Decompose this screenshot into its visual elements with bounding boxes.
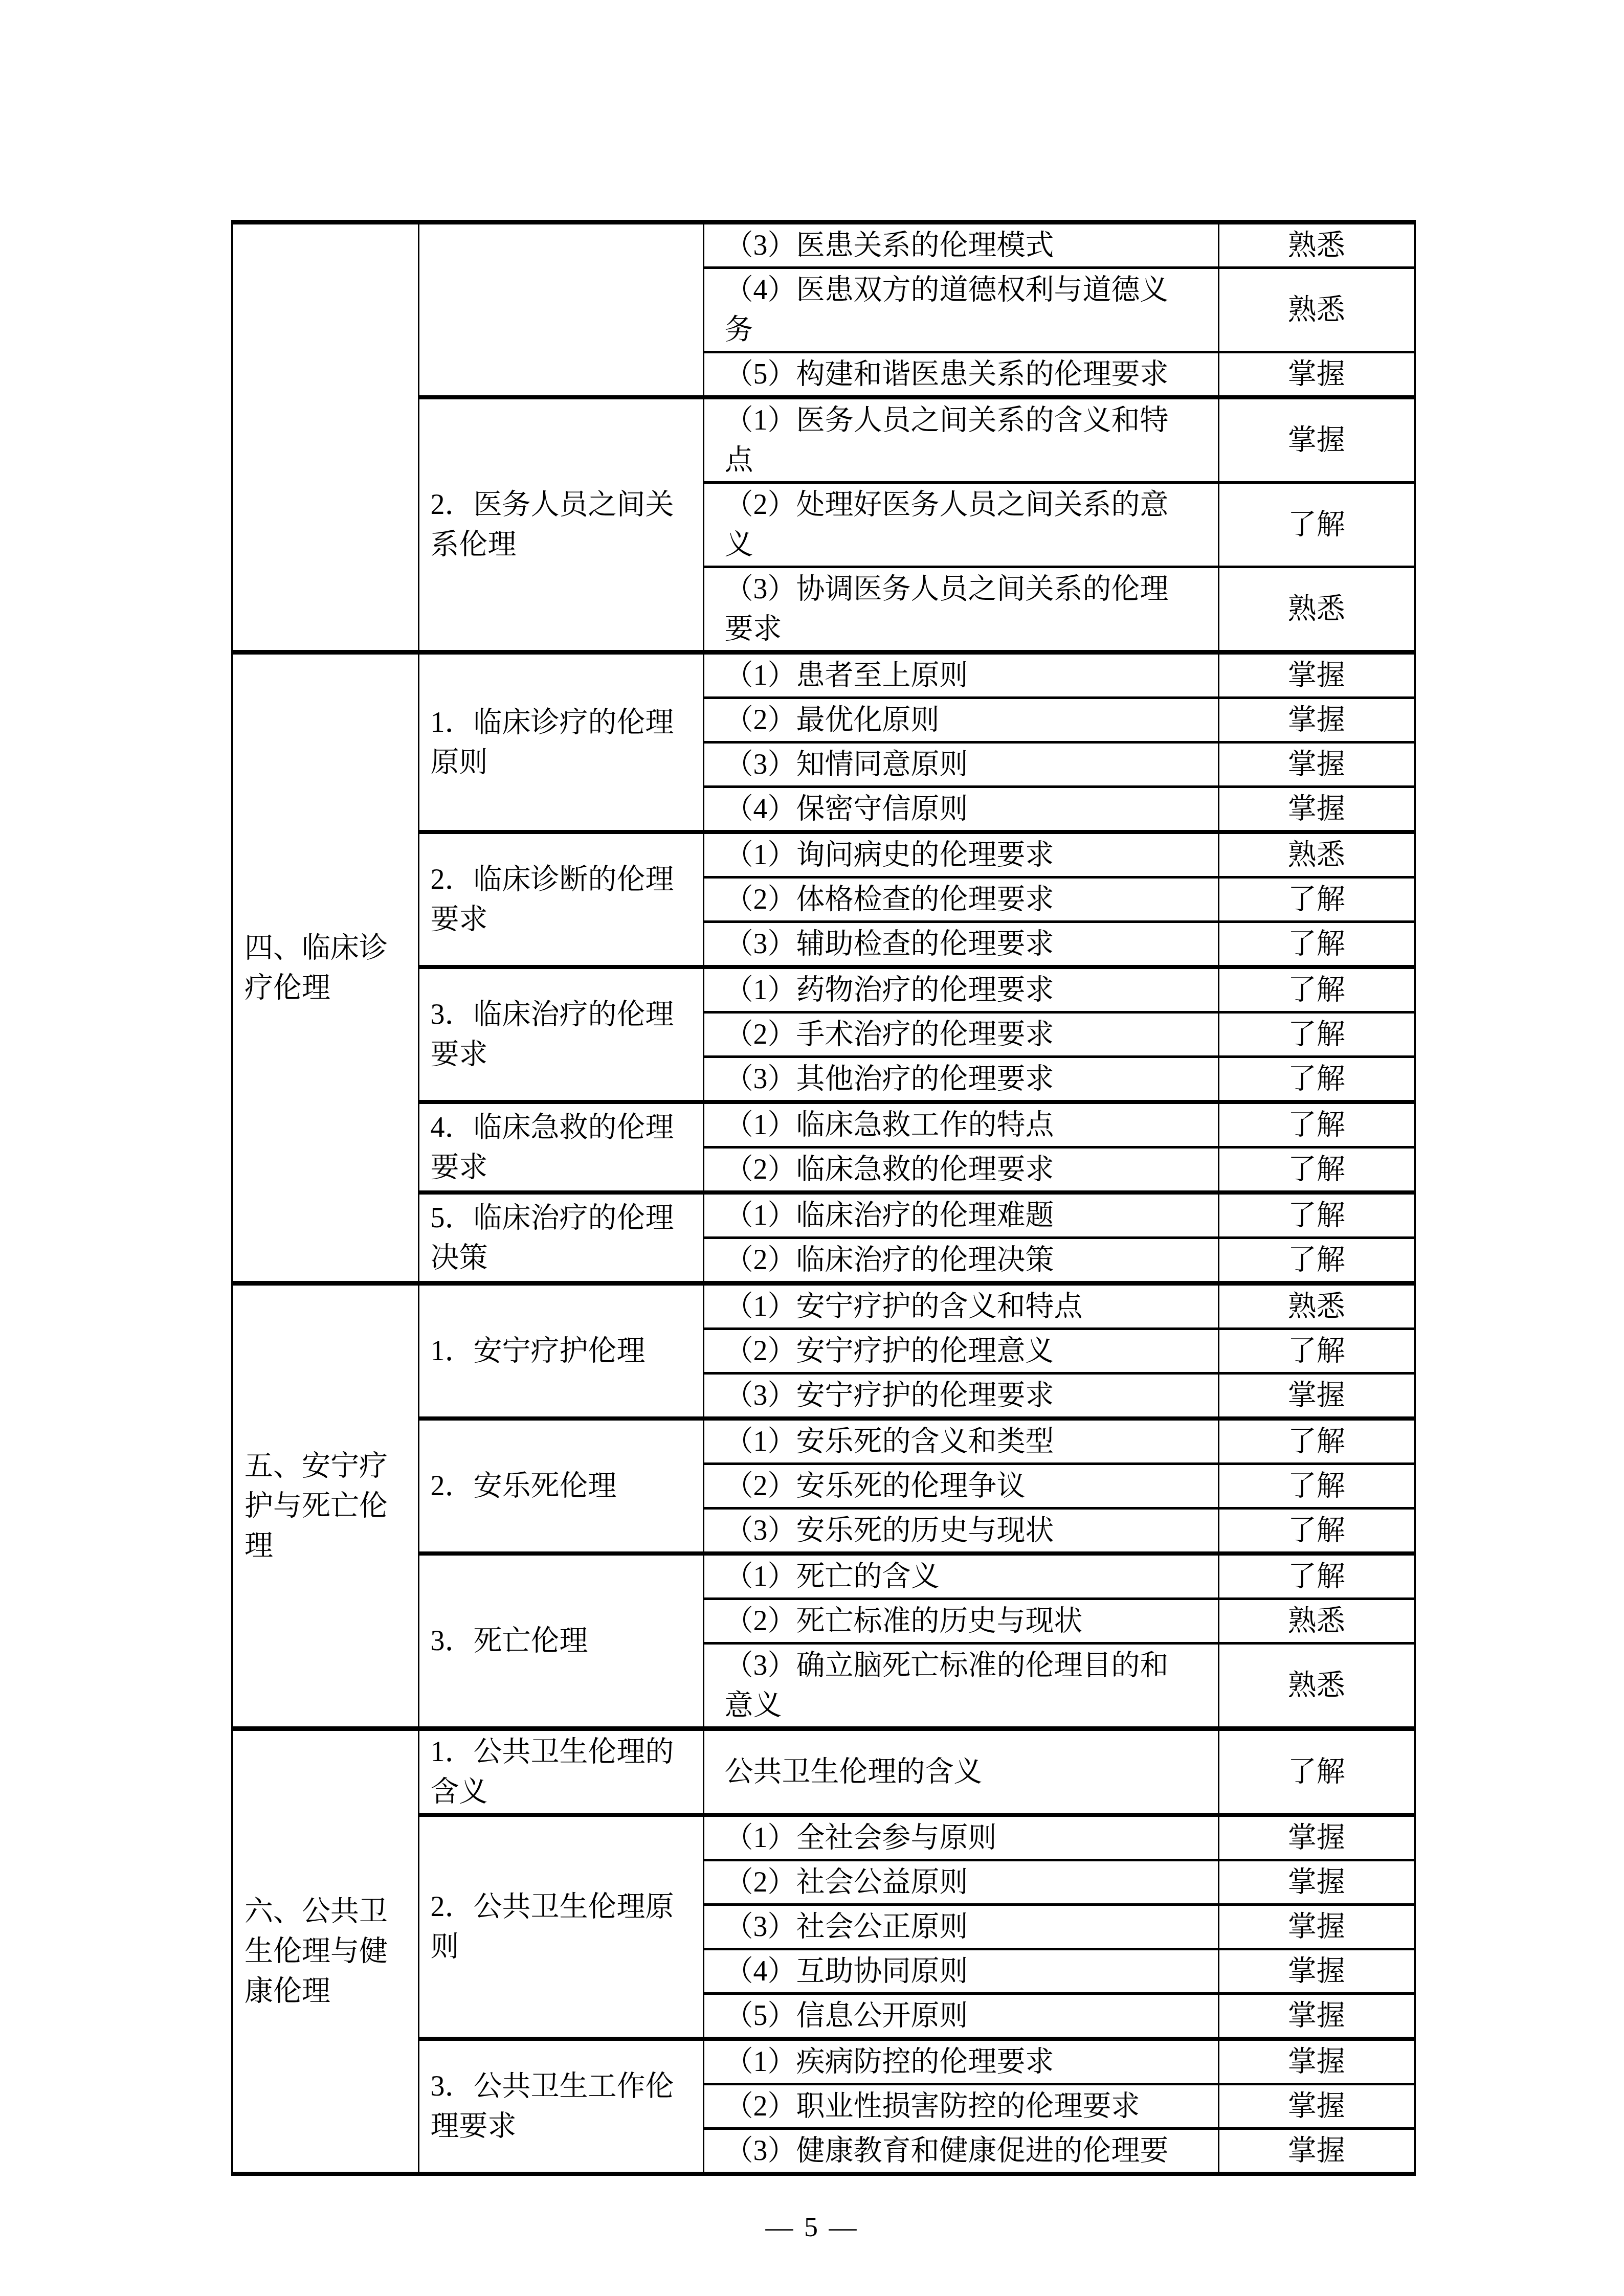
item-cell: （4）互助协同原则 <box>703 1949 1218 1994</box>
item-cell: （5）信息公开原则 <box>703 1994 1218 2039</box>
mastery-level-cell: 了解 <box>1218 1554 1415 1599</box>
item-cell: （1）死亡的含义 <box>703 1554 1218 1599</box>
mastery-level-cell: 熟悉 <box>1218 832 1415 877</box>
subtopic-cell: 1．公共卫生伦理的 含义 <box>418 1729 703 1815</box>
mastery-level-cell: 掌握 <box>1218 2129 1415 2174</box>
table-row: （3）医患关系的伦理模式熟悉 <box>232 222 1415 268</box>
item-cell: （3）安乐死的历史与现状 <box>703 1509 1218 1554</box>
mastery-level-cell: 了解 <box>1218 1102 1415 1147</box>
item-cell: （5）构建和谐医患关系的伦理要求 <box>703 352 1218 398</box>
item-cell: （1）医务人员之间关系的含义和特 点 <box>703 397 1218 483</box>
subtopic-cell: 4．临床急救的伦理 要求 <box>418 1102 703 1192</box>
unit-cell: 六、公共卫 生伦理与健 康伦理 <box>232 1729 418 2174</box>
item-cell: （3）健康教育和健康促进的伦理要 <box>703 2129 1218 2174</box>
mastery-level-cell: 掌握 <box>1218 787 1415 832</box>
page-number: — 5 — <box>0 2212 1624 2242</box>
mastery-level-cell: 掌握 <box>1218 397 1415 483</box>
mastery-level-cell: 了解 <box>1218 1012 1415 1057</box>
subtopic-cell <box>418 222 703 398</box>
item-cell: （2）手术治疗的伦理要求 <box>703 1012 1218 1057</box>
item-cell: （1）疾病防控的伦理要求 <box>703 2039 1218 2084</box>
mastery-level-cell: 掌握 <box>1218 742 1415 787</box>
mastery-level-cell: 了解 <box>1218 483 1415 567</box>
item-cell: （3）安宁疗护的伦理要求 <box>703 1374 1218 1419</box>
mastery-level-cell: 掌握 <box>1218 1905 1415 1949</box>
mastery-level-cell: 掌握 <box>1218 2084 1415 2129</box>
table-row: 六、公共卫 生伦理与健 康伦理1．公共卫生伦理的 含义公共卫生伦理的含义了解 <box>232 1729 1415 1815</box>
subtopic-cell: 3．死亡伦理 <box>418 1554 703 1729</box>
subtopic-cell: 1．安宁疗护伦理 <box>418 1284 703 1419</box>
item-cell: （3）协调医务人员之间关系的伦理 要求 <box>703 567 1218 652</box>
subtopic-cell: 2．安乐死伦理 <box>418 1419 703 1554</box>
subtopic-cell: 3．临床治疗的伦理 要求 <box>418 967 703 1102</box>
subtopic-cell: 1．临床诊疗的伦理 原则 <box>418 652 703 832</box>
item-cell: （2）社会公益原则 <box>703 1860 1218 1905</box>
item-cell: （2）最优化原则 <box>703 698 1218 742</box>
item-cell: （1）安乐死的含义和类型 <box>703 1419 1218 1464</box>
mastery-level-cell: 了解 <box>1218 1238 1415 1284</box>
item-cell: （3）医患关系的伦理模式 <box>703 222 1218 268</box>
item-cell: （2）安宁疗护的伦理意义 <box>703 1329 1218 1374</box>
mastery-level-cell: 了解 <box>1218 1419 1415 1464</box>
item-cell: （2）体格检查的伦理要求 <box>703 877 1218 922</box>
item-cell: （2）临床急救的伦理要求 <box>703 1147 1218 1193</box>
mastery-level-cell: 了解 <box>1218 1192 1415 1238</box>
mastery-level-cell: 掌握 <box>1218 1374 1415 1419</box>
subtopic-cell: 2．临床诊断的伦理 要求 <box>418 832 703 967</box>
mastery-level-cell: 熟悉 <box>1218 1284 1415 1329</box>
mastery-level-cell: 了解 <box>1218 922 1415 967</box>
table-row: 四、临床诊 疗伦理1．临床诊疗的伦理 原则（1）患者至上原则掌握 <box>232 652 1415 698</box>
item-cell: （4）保密守信原则 <box>703 787 1218 832</box>
subtopic-cell: 5．临床治疗的伦理 决策 <box>418 1192 703 1284</box>
item-cell: （2）临床治疗的伦理决策 <box>703 1238 1218 1284</box>
subtopic-cell: 3．公共卫生工作伦 理要求 <box>418 2039 703 2174</box>
document-page: （3）医患关系的伦理模式熟悉（4）医患双方的道德权利与道德义 务熟悉（5）构建和… <box>0 0 1624 2296</box>
item-cell: 公共卫生伦理的含义 <box>703 1729 1218 1815</box>
mastery-level-cell: 掌握 <box>1218 652 1415 698</box>
item-cell: （1）全社会参与原则 <box>703 1815 1218 1860</box>
item-cell: （2）死亡标准的历史与现状 <box>703 1599 1218 1644</box>
mastery-level-cell: 了解 <box>1218 1464 1415 1509</box>
item-cell: （1）临床治疗的伦理难题 <box>703 1192 1218 1238</box>
item-cell: （3）知情同意原则 <box>703 742 1218 787</box>
syllabus-table: （3）医患关系的伦理模式熟悉（4）医患双方的道德权利与道德义 务熟悉（5）构建和… <box>231 220 1416 2176</box>
mastery-level-cell: 了解 <box>1218 967 1415 1012</box>
mastery-level-cell: 了解 <box>1218 1147 1415 1193</box>
mastery-level-cell: 掌握 <box>1218 1815 1415 1860</box>
subtopic-cell: 2．公共卫生伦理原 则 <box>418 1815 703 2039</box>
item-cell: （2）职业性损害防控的伦理要求 <box>703 2084 1218 2129</box>
item-cell: （1）安宁疗护的含义和特点 <box>703 1284 1218 1329</box>
mastery-level-cell: 掌握 <box>1218 352 1415 398</box>
mastery-level-cell: 熟悉 <box>1218 567 1415 652</box>
table-row: 五、安宁疗 护与死亡伦 理1．安宁疗护伦理（1）安宁疗护的含义和特点熟悉 <box>232 1284 1415 1329</box>
mastery-level-cell: 掌握 <box>1218 1860 1415 1905</box>
mastery-level-cell: 了解 <box>1218 1509 1415 1554</box>
subtopic-cell: 2．医务人员之间关 系伦理 <box>418 397 703 652</box>
item-cell: （3）社会公正原则 <box>703 1905 1218 1949</box>
mastery-level-cell: 掌握 <box>1218 1949 1415 1994</box>
mastery-level-cell: 掌握 <box>1218 698 1415 742</box>
item-cell: （1）临床急救工作的特点 <box>703 1102 1218 1147</box>
mastery-level-cell: 了解 <box>1218 1057 1415 1102</box>
mastery-level-cell: 了解 <box>1218 877 1415 922</box>
mastery-level-cell: 了解 <box>1218 1729 1415 1815</box>
item-cell: （3）辅助检查的伦理要求 <box>703 922 1218 967</box>
item-cell: （2）安乐死的伦理争议 <box>703 1464 1218 1509</box>
item-cell: （2）处理好医务人员之间关系的意 义 <box>703 483 1218 567</box>
unit-cell <box>232 222 418 652</box>
item-cell: （3）确立脑死亡标准的伦理目的和 意义 <box>703 1644 1218 1729</box>
unit-cell: 四、临床诊 疗伦理 <box>232 652 418 1284</box>
mastery-level-cell: 熟悉 <box>1218 1644 1415 1729</box>
mastery-level-cell: 熟悉 <box>1218 1599 1415 1644</box>
mastery-level-cell: 熟悉 <box>1218 222 1415 268</box>
mastery-level-cell: 了解 <box>1218 1329 1415 1374</box>
item-cell: （1）患者至上原则 <box>703 652 1218 698</box>
mastery-level-cell: 熟悉 <box>1218 268 1415 352</box>
item-cell: （1）询问病史的伦理要求 <box>703 832 1218 877</box>
unit-cell: 五、安宁疗 护与死亡伦 理 <box>232 1284 418 1729</box>
item-cell: （3）其他治疗的伦理要求 <box>703 1057 1218 1102</box>
item-cell: （1）药物治疗的伦理要求 <box>703 967 1218 1012</box>
mastery-level-cell: 掌握 <box>1218 1994 1415 2039</box>
mastery-level-cell: 掌握 <box>1218 2039 1415 2084</box>
item-cell: （4）医患双方的道德权利与道德义 务 <box>703 268 1218 352</box>
